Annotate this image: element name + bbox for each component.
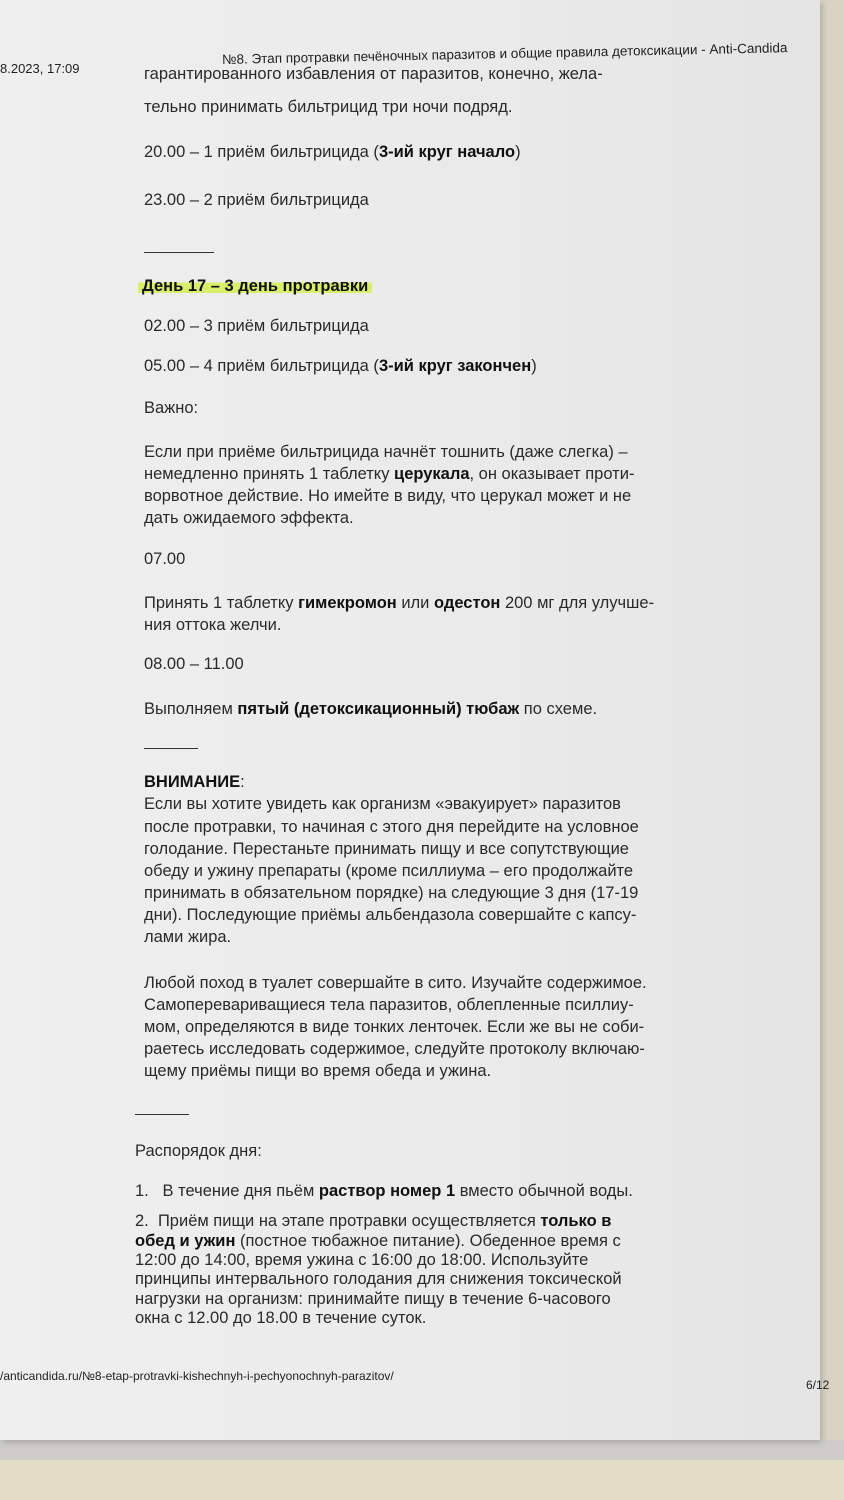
attention-line-4: обеду и ужину препараты (кроме псиллиума… <box>144 861 633 882</box>
attention-title: ВНИМАНИЕ: <box>144 772 245 793</box>
divider <box>144 748 198 749</box>
routine-item-1: 1. В течение дня пьём раствор номер 1 вм… <box>135 1181 633 1202</box>
important-line-3: ворвотное действие. Но имейте в виду, чт… <box>144 486 631 507</box>
tubage-line: Выполняем пятый (детоксикационный) тюбаж… <box>144 699 597 720</box>
toilet-line-5: щему приёмы пищи во время обеда и ужина. <box>144 1061 491 1082</box>
schedule-item-0200: 02.00 – 3 приём бильтрицида <box>144 316 369 337</box>
tablet-line-2: ния оттока желчи. <box>144 615 281 636</box>
important-line-4: дать ожидаемого эффекта. <box>144 508 354 529</box>
toilet-line-4: раетесь исследовать содержимое, следуйте… <box>144 1039 645 1060</box>
time-0800: 08.00 – 11.00 <box>144 654 244 675</box>
attention-line-2: после протравки, то начиная с этого дня … <box>144 817 639 838</box>
footer-url: /anticandida.ru/№8-etap-protravki-kishec… <box>0 1369 394 1383</box>
routine-item-2-line-4: принципы интервального голодания для сни… <box>135 1269 622 1290</box>
routine-item-2-line-5: нагрузки на организм: принимайте пищу в … <box>135 1289 611 1310</box>
routine-item-2-line-6: окна с 12.00 до 18.00 в течение суток. <box>135 1308 426 1329</box>
page-number: 6/12 <box>806 1378 829 1392</box>
attention-line-5: принимать в обязательном порядке) на сле… <box>144 883 638 904</box>
day17-heading: День 17 – 3 день протравки <box>144 276 372 297</box>
intro-line-2: тельно принимать бильтрицид три ночи под… <box>144 97 512 118</box>
paper-edge <box>0 1440 844 1460</box>
attention-line-7: лами жира. <box>144 927 231 948</box>
intro-line-1: гарантированного избавления от паразитов… <box>144 64 603 85</box>
attention-line-1: Если вы хотите увидеть как организм «эва… <box>144 794 621 815</box>
attention-line-6: дни). Последующие приёмы альбендазола со… <box>144 905 636 926</box>
divider <box>135 1114 189 1115</box>
routine-item-2-line-3: 12:00 до 14:00, время ужина с 16:00 до 1… <box>135 1250 588 1271</box>
attention-line-3: голодание. Перестаньте принимать пищу и … <box>144 839 629 860</box>
routine-item-2-line-2: обед и ужин (постное тюбажное питание). … <box>135 1231 621 1252</box>
tablet-line-1: Принять 1 таблетку гимекромон или одесто… <box>144 593 654 614</box>
schedule-item-0500: 02.00 – 3 приём бильтрицида05.00 – 4 при… <box>144 356 537 377</box>
time-0700: 07.00 <box>144 549 185 570</box>
toilet-line-1: Любой поход в туалет совершайте в сито. … <box>144 973 647 994</box>
schedule-item-2000: 20.00 – 1 приём бильтрицида (3-ий круг н… <box>144 142 521 163</box>
divider <box>144 252 214 253</box>
important-label: Важно: <box>144 398 198 419</box>
important-line-2: немедленно принять 1 таблетку церукала, … <box>144 464 634 485</box>
schedule-item-2300: 23.00 – 2 приём бильтрицида <box>144 190 369 211</box>
toilet-line-3: мом, определяются в виде тонких ленточек… <box>144 1017 644 1038</box>
toilet-line-2: Самоперевариващиеся тела паразитов, обле… <box>144 995 634 1016</box>
routine-item-2-line-1: 2. Приём пищи на этапе протравки осущест… <box>135 1211 611 1232</box>
routine-title: Распорядок дня: <box>135 1141 262 1162</box>
table-surface <box>0 1455 844 1500</box>
important-line-1: Если при приёме бильтрицида начнёт тошни… <box>144 442 628 463</box>
page-header-title: №8. Этап протравки печёночных паразитов … <box>222 40 788 67</box>
printed-page: 8.2023, 17:09 №8. Этап протравки печёноч… <box>0 0 820 1440</box>
print-date: 8.2023, 17:09 <box>0 61 80 76</box>
